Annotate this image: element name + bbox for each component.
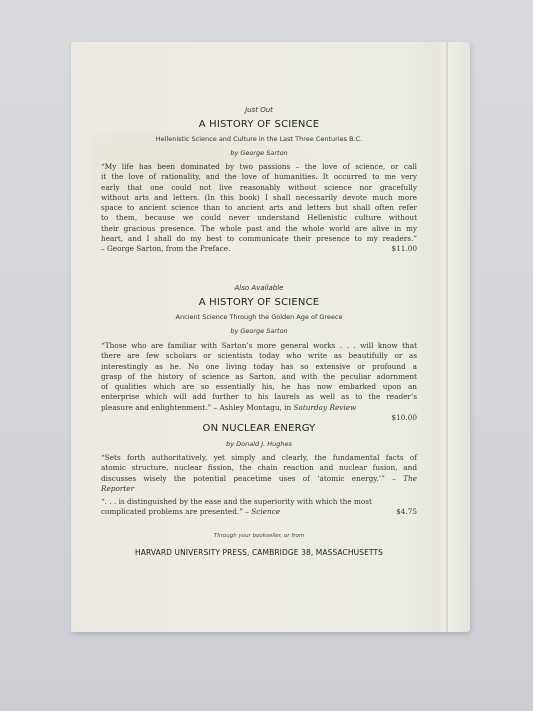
book2-title: A HISTORY OF SCIENCE <box>101 297 417 308</box>
quote-line: “My life has been dominated by two passi… <box>101 162 417 172</box>
book1-author: by George Sarton <box>101 149 417 157</box>
quote-line: their gracious presence. The whole past … <box>101 224 417 234</box>
book2-subtitle: Ancient Science Through the Golden Age o… <box>101 313 417 321</box>
also-available-label: Also Available <box>101 284 417 292</box>
book3-quote-1: “Sets forth authoritatively, yet simply … <box>101 453 417 494</box>
book2-last-line: pleasure and enlightenment.” – Ashley Mo… <box>101 403 417 413</box>
book2-source: Saturday Review <box>294 403 357 412</box>
book3-quote1-lines: “Sets forth authoritatively, yet simply … <box>101 453 417 484</box>
book-back-cover: Just Out A HISTORY OF SCIENCE Hellenisti… <box>71 42 470 632</box>
quote-line: without arts and letters. (In this book)… <box>101 193 417 203</box>
book3-quote1-source-line: Reporter <box>101 484 417 494</box>
book1-subtitle: Hellenistic Science and Culture in the L… <box>101 135 417 143</box>
quote-line: grasp of the history of science as Sarto… <box>101 372 417 382</box>
cover-hinge <box>446 42 448 632</box>
book3-quote-2: “. . . is distinguished by the ease and … <box>101 497 417 518</box>
book1-price: $11.00 <box>391 244 417 254</box>
book3-price: $4.75 <box>396 507 417 517</box>
book1-attribution-row: – George Sarton, from the Preface. $11.0… <box>101 244 417 254</box>
book3-quote2-line1: “. . . is distinguished by the ease and … <box>101 497 417 507</box>
book1-quote: “My life has been dominated by two passi… <box>101 162 417 255</box>
book2-author: by George Sarton <box>101 327 417 335</box>
book2-price: $10.00 <box>101 413 417 423</box>
quote-line: atomic structure, nuclear fission, the c… <box>101 463 417 473</box>
book3-quote2-row: complicated problems are presented.” – S… <box>101 507 417 517</box>
book2-quote-lines: “Those who are familiar with Sarton’s mo… <box>101 341 417 403</box>
quote-line: space to ancient science than to ancient… <box>101 203 417 213</box>
book1-attribution: – George Sarton, from the Preface. <box>101 244 230 254</box>
quote-line: it the love of rationality, and the love… <box>101 172 417 182</box>
book1-title: A HISTORY OF SCIENCE <box>101 119 417 130</box>
book3-title: ON NUCLEAR ENERGY <box>101 423 417 434</box>
quote-line: there are few scholars or scientists tod… <box>101 351 417 361</box>
bookseller-note: Through your bookseller, or from <box>101 533 417 539</box>
quote-line: “Sets forth authoritatively, yet simply … <box>101 453 417 463</box>
publisher-address: HARVARD UNIVERSITY PRESS, CAMBRIDGE 38, … <box>101 548 417 557</box>
book3-author: by Donald J. Hughes <box>101 440 417 448</box>
book2-quote: “Those who are familiar with Sarton’s mo… <box>101 341 417 423</box>
quote-line: heart, and I shall do my best to communi… <box>101 234 417 244</box>
quote-line: early that one could not live reasonably… <box>101 183 417 193</box>
quote-line: discusses wisely the potential peacetime… <box>101 474 417 484</box>
just-out-label: Just Out <box>101 106 417 114</box>
book3-quote2-source: Science <box>251 507 280 516</box>
book1-quote-lines: “My life has been dominated by two passi… <box>101 162 417 244</box>
quote-line: of qualities which are so essentially hi… <box>101 382 417 392</box>
quote-line: “Those who are familiar with Sarton’s mo… <box>101 341 417 351</box>
quote-line: to them, because we could never understa… <box>101 213 417 223</box>
quote-line: interestingly as he. No one living today… <box>101 362 417 372</box>
quote-line: enterprise which will add further to his… <box>101 392 417 402</box>
